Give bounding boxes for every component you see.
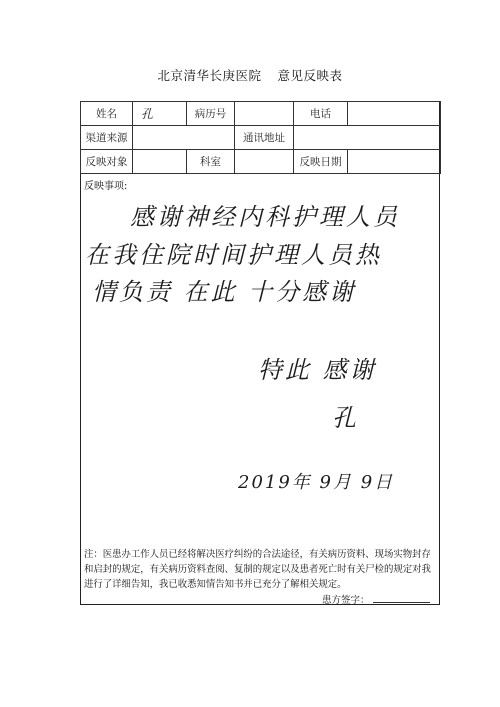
form-title: 意见反映表: [278, 68, 343, 83]
date-label: 反映日期: [294, 150, 348, 174]
table-row: 姓名 孔 病历号 电话: [81, 102, 441, 126]
patient-signature-label: 患方签字：: [322, 592, 370, 606]
disclosure-note: 注：医患办工作人员已经将解决医疗纠纷的合法途径，有关病历资料、现场实物封存和启封…: [84, 547, 436, 592]
source-field[interactable]: [133, 126, 235, 150]
table-row: 渠道来源 通讯地址: [81, 126, 441, 150]
department-field[interactable]: [235, 150, 294, 174]
handwritten-date: 2019年 9月 9日: [238, 468, 394, 494]
handwritten-line-1: 感谢神经内科护理人员: [130, 197, 400, 232]
source-label: 渠道来源: [81, 126, 133, 150]
department-label: 科室: [187, 150, 235, 174]
hospital-name: 北京清华长庚医院: [157, 68, 261, 83]
document-title: 北京清华长庚医院意见反映表: [0, 66, 500, 84]
issue-label: 反映事项:: [84, 177, 127, 192]
record-number-field[interactable]: [235, 102, 294, 126]
handwritten-line-2: 在我住院时间护理人员热: [85, 235, 382, 270]
name-label: 姓名: [81, 102, 133, 126]
info-table: 姓名 孔 病历号 电话 渠道来源 通讯地址 反映对象 科室 反映日期: [80, 101, 441, 174]
phone-field[interactable]: [348, 102, 441, 126]
address-label: 通讯地址: [235, 126, 294, 150]
address-field[interactable]: [294, 126, 441, 150]
name-field[interactable]: 孔: [133, 102, 187, 126]
target-field[interactable]: [133, 150, 187, 174]
record-number-label: 病历号: [187, 102, 235, 126]
handwritten-line-3: 情负责 在此 十分感谢: [92, 272, 356, 307]
target-label: 反映对象: [81, 150, 133, 174]
handwritten-thanks: 特此 感谢: [258, 350, 377, 385]
handwritten-signature: 孔: [332, 398, 359, 433]
table-row: 反映对象 科室 反映日期: [81, 150, 441, 174]
patient-signature-line[interactable]: [373, 602, 430, 603]
phone-label: 电话: [294, 102, 348, 126]
date-field[interactable]: [348, 150, 441, 174]
